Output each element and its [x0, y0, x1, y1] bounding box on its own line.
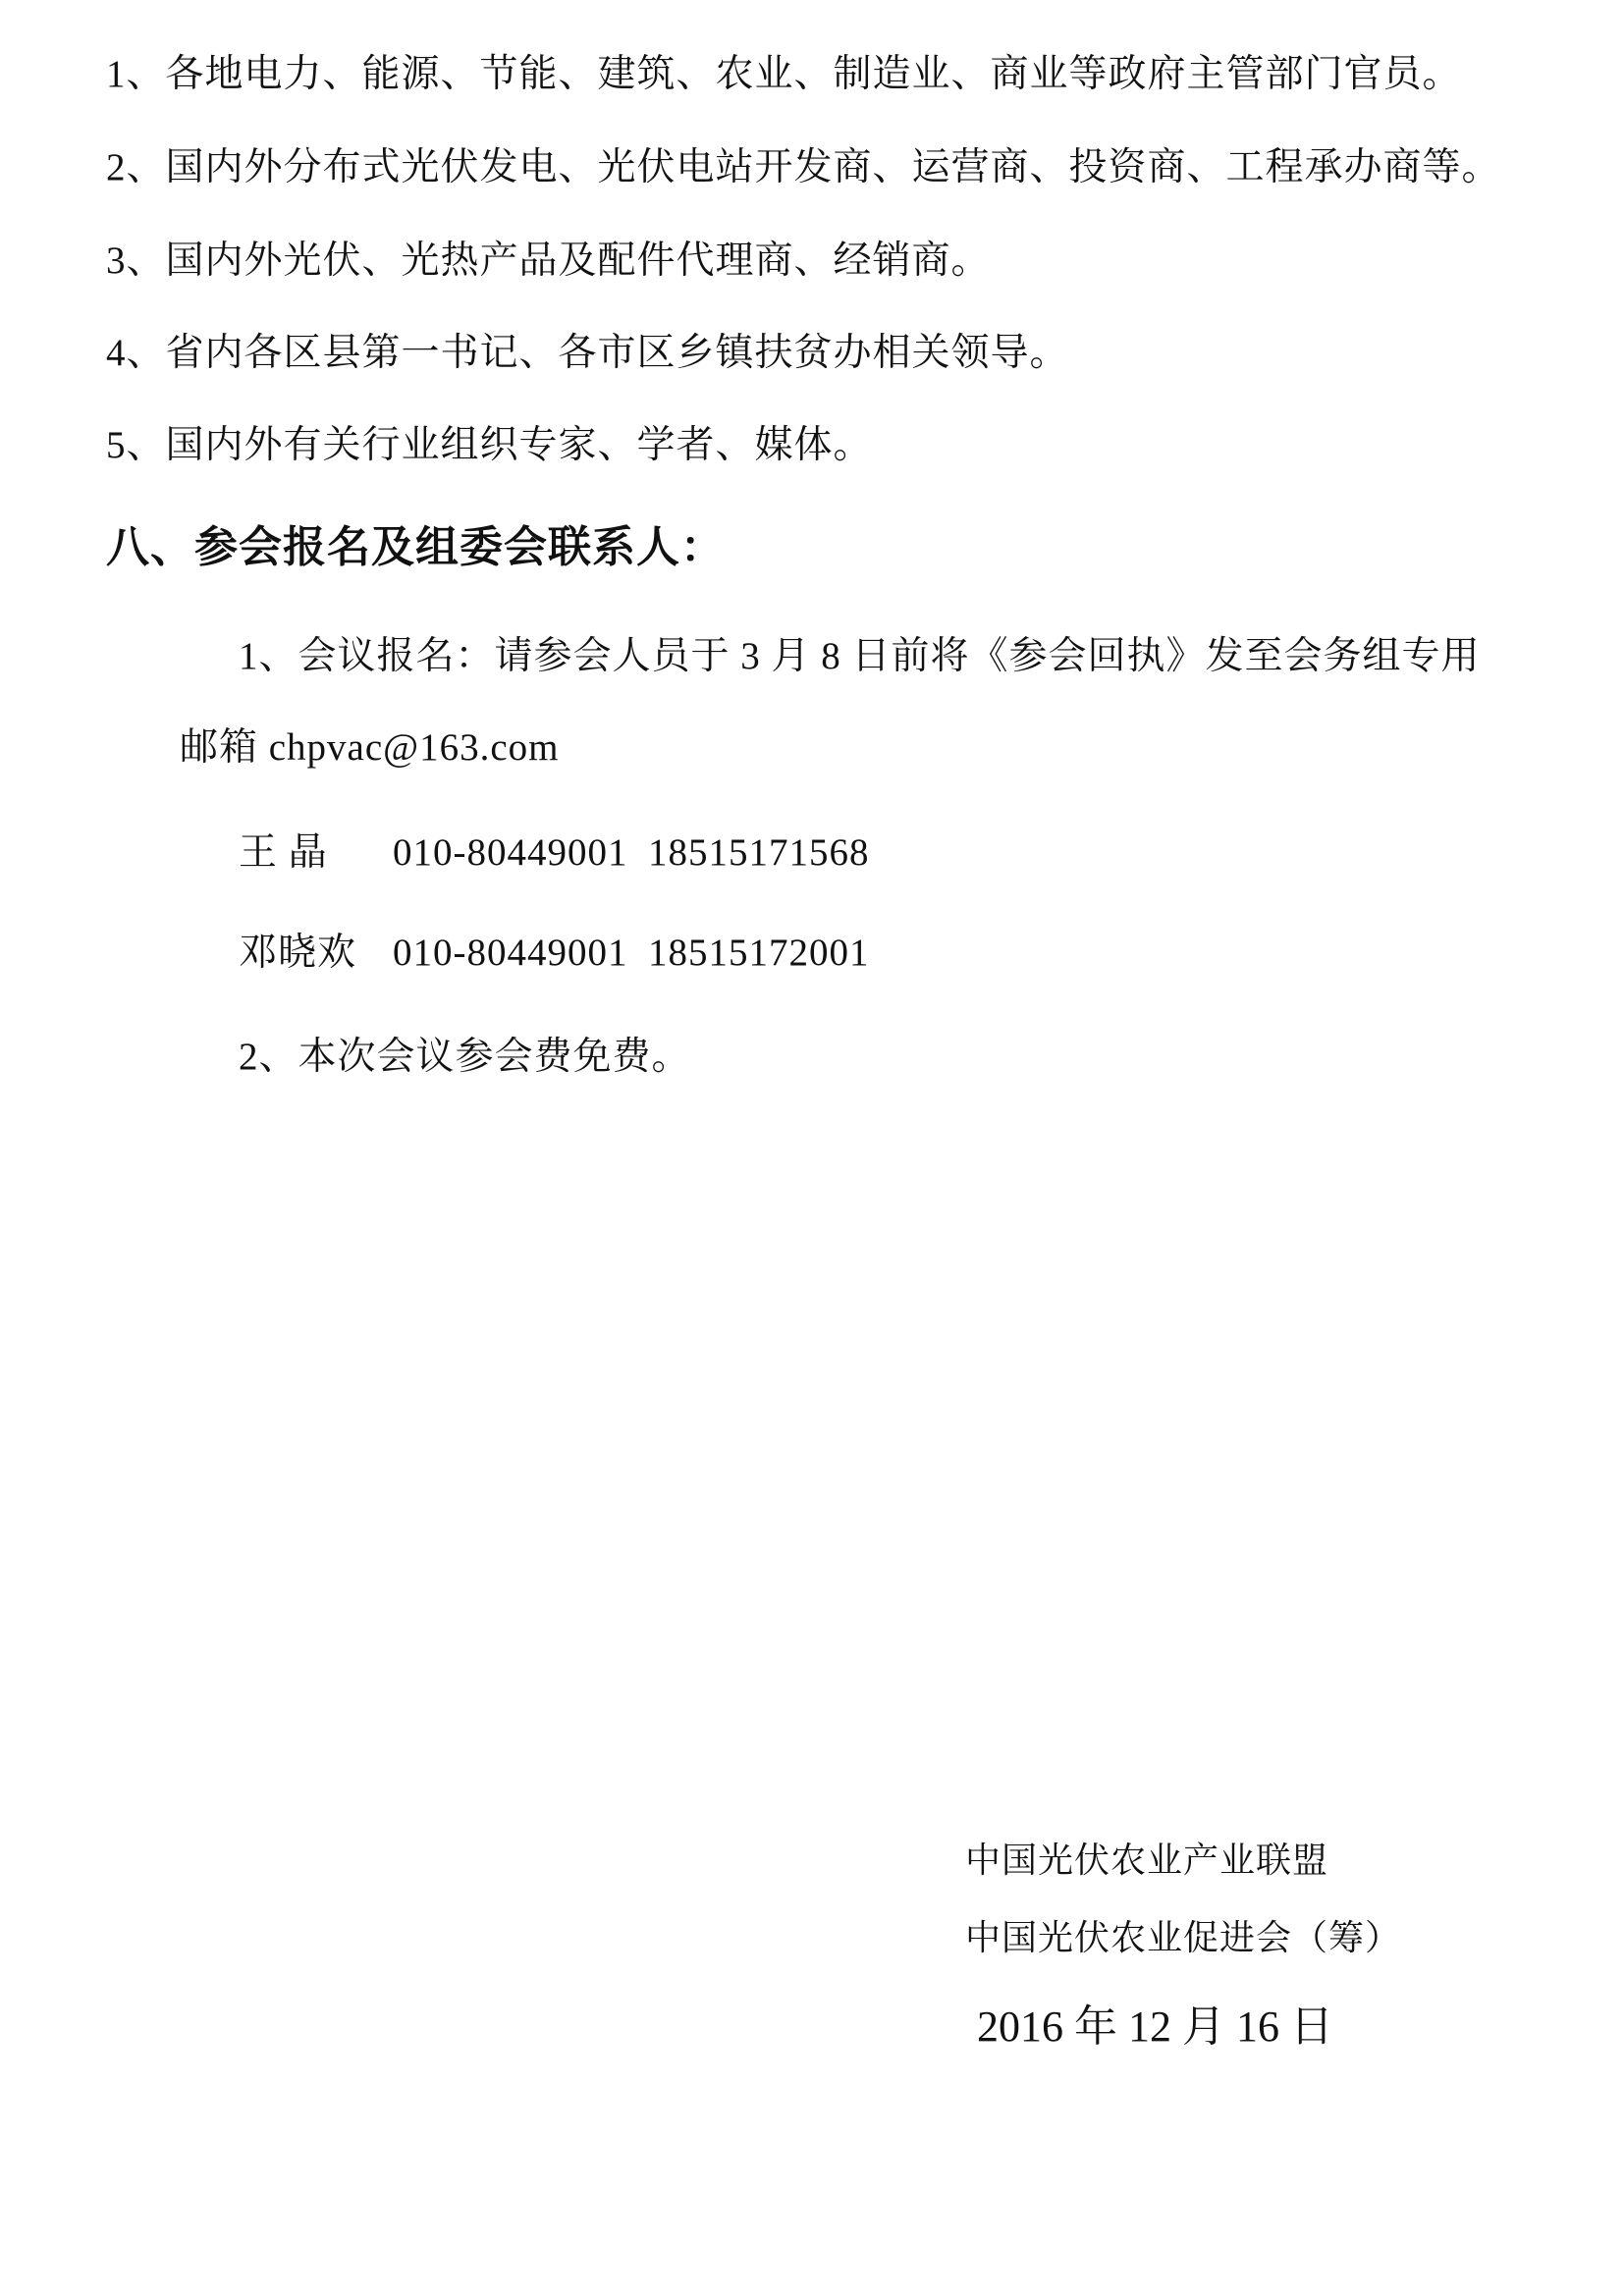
signature-org-1: 中国光伏农业产业联盟: [965, 1842, 1328, 1881]
contact-name: 王 晶: [239, 832, 328, 875]
registration-line-1: 1、会议报名：请参会人员于 3 月 8 日前将《参会回执》发至会务组专用: [239, 636, 1481, 678]
signature-date: 2016 年 12 月 16 日: [977, 2003, 1333, 2051]
contact-row-1: 王 晶 010-80449001 18515171568: [0, 832, 1624, 881]
attendee-list-item-1: 1、各地电力、能源、节能、建筑、农业、制造业、商业等政府主管部门官员。: [106, 54, 1462, 96]
contact-mobile: 18515172001: [648, 933, 870, 975]
attendee-list-item-3: 3、国内外光伏、光热产品及配件代理商、经销商。: [106, 240, 991, 283]
attendee-list-item-2: 2、国内外分布式光伏发电、光伏电站开发商、运营商、投资商、工程承办商等。: [106, 147, 1501, 189]
contact-name: 邓晓欢: [239, 933, 356, 975]
contact-phone: 010-80449001: [393, 832, 628, 875]
contact-mobile: 18515171568: [648, 832, 870, 875]
contact-phone: 010-80449001: [393, 933, 628, 975]
attendee-list-item-4: 4、省内各区县第一书记、各市区乡镇扶贫办相关领导。: [106, 333, 1069, 375]
signature-org-2: 中国光伏农业促进会（筹）: [965, 1919, 1401, 1958]
fee-note: 2、本次会议参会费免费。: [239, 1037, 691, 1079]
registration-email-line: 邮箱 chpvac@163.com: [180, 727, 560, 770]
contact-row-2: 邓晓欢 010-80449001 18515172001: [0, 933, 1624, 982]
section-heading: 八、参会报名及组委会联系人：: [106, 524, 725, 571]
attendee-list-item-5: 5、国内外有关行业组织专家、学者、媒体。: [106, 425, 873, 467]
document-page: 1、各地电力、能源、节能、建筑、农业、制造业、商业等政府主管部门官员。 2、国内…: [0, 0, 1624, 2296]
